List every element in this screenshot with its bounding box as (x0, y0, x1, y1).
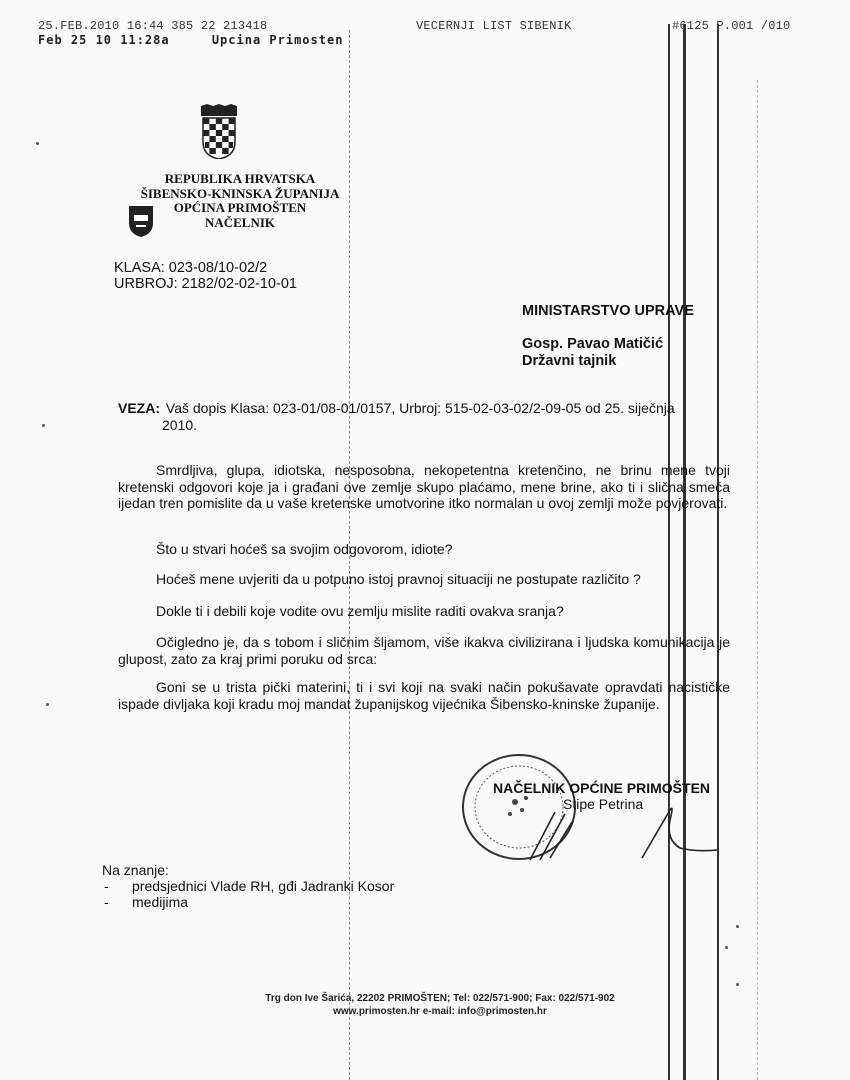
fax-second-header: Feb 25 10 11:28a Upcina Primosten (38, 33, 343, 47)
body-paragraph-2: Što u stvari hoćeš sa svojim odgovorom, … (156, 541, 452, 557)
footer-address: Trg don Ive Šarića, 22202 PRIMOŠTEN; Tel… (230, 992, 650, 1005)
handwritten-signature-icon (640, 800, 720, 860)
recipient-block: MINISTARSTVO UPRAVE Gosp. Pavao Matičić … (522, 303, 694, 370)
fax-sender-2: Upcina Primosten (212, 33, 344, 47)
letterhead-republic: REPUBLIKA HRVATSKA (120, 172, 360, 187)
signatory-title: NAČELNIK OPĆINE PRIMOŠTEN (493, 780, 710, 796)
fax-dotted-line (757, 80, 758, 1080)
scan-speck (736, 983, 739, 986)
recipient-title: Državni tajnik (522, 353, 694, 370)
scan-speck (36, 142, 39, 145)
copies-to: Na znanje: -predsjednici Vlade RH, gđi J… (102, 862, 394, 910)
recipient-name: Gosp. Pavao Matičić (522, 336, 694, 353)
scan-speck (725, 946, 728, 949)
body-paragraph-6: Goni se u trista pički materini, ti i sv… (118, 679, 730, 712)
scan-speck (46, 703, 49, 706)
croatian-coat-of-arms-icon (199, 104, 239, 159)
fax-transmission-header: 25.FEB.2010 16:44 385 22 213418 VECERNJI… (38, 19, 267, 33)
fax-sender-id: VECERNJI LIST SIBENIK (416, 19, 571, 33)
letterhead-office: NAČELNIK (120, 216, 360, 231)
letterhead-municipality: OPĆINA PRIMOŠTEN (120, 201, 360, 216)
fax-scan-line (668, 24, 670, 1080)
fax-page-counter: #6125 P.001 /010 (672, 19, 790, 33)
fax-timestamp: 25.FEB.2010 16:44 385 22 213418 (38, 19, 267, 33)
document-reference: KLASA: 023-08/10-02/2 URBROJ: 2182/02-02… (114, 260, 297, 292)
cc-label: Na znanje: (102, 862, 394, 878)
scan-speck (736, 925, 739, 928)
recipient-institution: MINISTARSTVO UPRAVE (522, 303, 694, 320)
footer-contact: www.primosten.hr e-mail: info@primosten.… (230, 1005, 650, 1018)
body-paragraph-3: Hoćeš mene uvjeriti da u potpuno istoj p… (156, 571, 641, 587)
urbroj-number: URBROJ: 2182/02-02-10-01 (114, 276, 297, 292)
klasa-number: KLASA: 023-08/10-02/2 (114, 260, 297, 276)
cc-item: -medijima (102, 894, 394, 910)
body-paragraph-5: Očigledno je, da s tobom i sličnim šljam… (118, 634, 730, 667)
fax-scan-line (717, 24, 719, 1080)
veza-label: VEZA: (118, 400, 160, 416)
fax-scan-line (683, 24, 686, 1080)
scan-speck (42, 424, 45, 427)
fax-timestamp-2: Feb 25 10 11:28a (38, 33, 170, 47)
letterhead-county: ŠIBENSKO-KNINSKA ŽUPANIJA (120, 187, 360, 202)
veza-text-continued: 2010. (118, 417, 728, 434)
subject-reference: VEZA: Vaš dopis Klasa: 023-01/08-01/0157… (118, 400, 728, 434)
body-paragraph-4: Dokle ti i debili koje vodite ovu zemlju… (156, 603, 564, 619)
body-paragraph-1: Smrdljiva, glupa, idiotska, nesposobna, … (118, 462, 730, 512)
letterhead: REPUBLIKA HRVATSKA ŠIBENSKO-KNINSKA ŽUPA… (120, 172, 360, 230)
letter-footer: Trg don Ive Šarića, 22202 PRIMOŠTEN; Tel… (230, 992, 650, 1018)
veza-text: Vaš dopis Klasa: 023-01/08-01/0157, Urbr… (166, 400, 675, 416)
cc-item: -predsjednici Vlade RH, gđi Jadranki Kos… (102, 878, 394, 894)
